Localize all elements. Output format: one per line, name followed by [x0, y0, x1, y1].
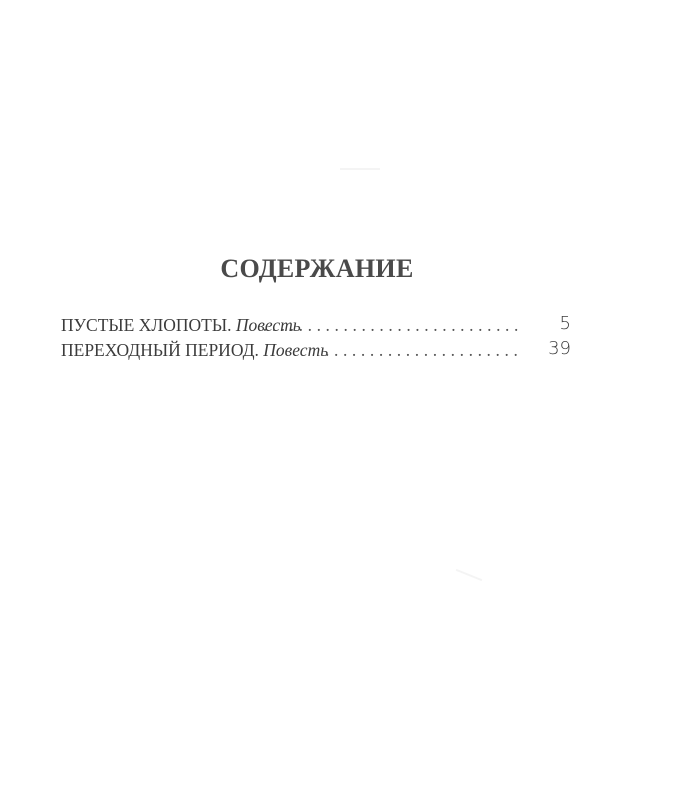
toc-entry[interactable]: ПУСТЫЕ ХЛОПОТЫ. Повесть ................…	[61, 314, 571, 339]
toc-page-number: 39	[548, 338, 571, 360]
toc-entry-genre: Повесть	[263, 340, 328, 360]
toc-page-number: 5	[560, 313, 571, 335]
page-title: СОДЕРЖАНИЕ	[0, 254, 634, 284]
paper-smudge	[456, 569, 483, 581]
toc-entry-title: ПЕРЕХОДНЫЙ ПЕРИОД. Повесть	[61, 339, 328, 361]
paper-smudge	[340, 168, 380, 170]
book-page: СОДЕРЖАНИЕ ПУСТЫЕ ХЛОПОТЫ. Повесть .....…	[0, 0, 674, 806]
toc-entry[interactable]: ПЕРЕХОДНЫЙ ПЕРИОД. Повесть .............…	[61, 339, 571, 364]
table-of-contents: ПУСТЫЕ ХЛОПОТЫ. Повесть ................…	[61, 314, 571, 364]
dot-leader: .............................	[240, 314, 523, 336]
dot-leader: ........................	[325, 339, 523, 361]
